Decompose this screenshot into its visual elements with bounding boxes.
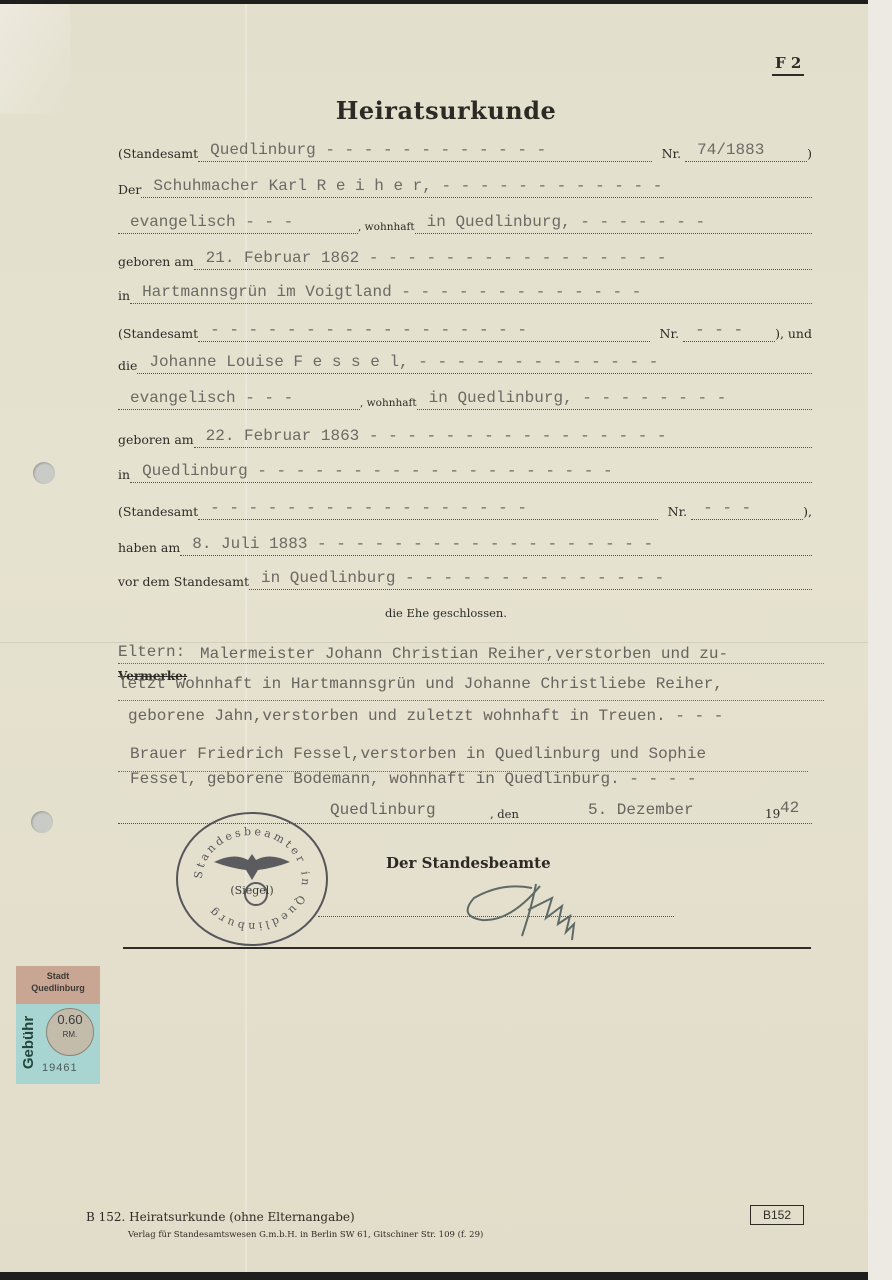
groom-residence-row: evangelisch - - - , wohnhaft in Quedlinb… bbox=[118, 210, 812, 234]
issue-date: 5. Dezember bbox=[588, 801, 694, 819]
footer-publisher: Verlag für Standesamtswesen G.m.b.H. in … bbox=[128, 1230, 483, 1240]
fee-revenue-stamp: Stadt Quedlinburg Gebühr 0.60 RM. 19461 bbox=[16, 966, 100, 1084]
stamp-issuer: Stadt Quedlinburg bbox=[16, 966, 100, 1004]
official-title: Der Standesbeamte bbox=[386, 854, 551, 872]
bride-birthdate-row: geboren am 22. Februar 1863 - - - - - - … bbox=[118, 424, 812, 448]
issue-den-label: , den bbox=[490, 807, 519, 821]
registry-nr-field: 74/1883 bbox=[685, 139, 807, 162]
registry-nr-label: Nr. bbox=[658, 504, 692, 520]
punch-hole-icon bbox=[31, 811, 53, 833]
stamp-issuer-line: Quedlinburg bbox=[16, 982, 100, 994]
stamp-currency: RM. bbox=[47, 1031, 93, 1039]
remarks-line: letzt wohnhaft in Hartmannsgrün und Joha… bbox=[118, 664, 824, 701]
registry-label: (Standesamt bbox=[118, 146, 198, 162]
registry-nr-label: Nr. bbox=[650, 326, 684, 342]
punch-hole-icon bbox=[33, 462, 55, 484]
registry-label: (Standesamt bbox=[118, 326, 198, 342]
stamp-fee-area: Gebühr 0.60 RM. 19461 bbox=[16, 1004, 100, 1084]
marriage-office-field: in Quedlinburg - - - - - - - - - - - - -… bbox=[249, 567, 812, 590]
stamp-issuer-line: Stadt bbox=[16, 970, 100, 982]
registry-close: ), und bbox=[775, 326, 812, 342]
bride-residence-field: in Quedlinburg, - - - - - - - - bbox=[417, 387, 812, 410]
place-label: in bbox=[118, 467, 130, 483]
stamp-serial: 19461 bbox=[42, 1062, 78, 1074]
stamp-amount: 0.60 bbox=[57, 1012, 82, 1027]
bride-birthplace-field: Quedlinburg - - - - - - - - - - - - - - … bbox=[130, 460, 812, 483]
footer-form-code: B152 bbox=[750, 1205, 804, 1225]
issue-year-suffix: 42 bbox=[780, 799, 799, 817]
groom-registry-field: - - - - - - - - - - - - - - - - - bbox=[198, 319, 649, 342]
remarks-text: letzt wohnhaft in Hartmannsgrün und Joha… bbox=[118, 675, 723, 693]
groom-religion-field: evangelisch - - - bbox=[118, 211, 358, 234]
remarks-line: Brauer Friedrich Fessel,verstorben in Qu… bbox=[118, 737, 808, 772]
born-label: geboren am bbox=[118, 254, 194, 270]
place-label: in bbox=[118, 288, 130, 304]
marriage-office-row: vor dem Standesamt in Quedlinburg - - - … bbox=[118, 566, 812, 590]
groom-name-field: Schuhmacher Karl R e i h e r, - - - - - … bbox=[141, 175, 812, 198]
issue-place: Quedlinburg bbox=[330, 801, 436, 819]
remarks-text: Fessel, geborene Bodemann, wohnhaft in Q… bbox=[130, 770, 697, 788]
groom-birthplace-field: Hartmannsgrün im Voigtland - - - - - - -… bbox=[130, 281, 812, 304]
groom-birthdate-row: geboren am 21. Februar 1862 - - - - - - … bbox=[118, 246, 812, 270]
marriage-office-label: vor dem Standesamt bbox=[118, 574, 249, 590]
scan-edge bbox=[868, 0, 892, 1280]
groom-registry-nr-field: - - - bbox=[683, 319, 775, 342]
groom-name-row: Der Schuhmacher Karl R e i h e r, - - - … bbox=[118, 174, 812, 198]
registry-close: ) bbox=[807, 146, 812, 162]
stamp-fee-word: Gebühr bbox=[20, 1016, 37, 1069]
registry-label: (Standesamt bbox=[118, 504, 198, 520]
residence-label: , wohnhaft bbox=[358, 221, 415, 234]
bride-registry-nr-field: - - - bbox=[691, 497, 803, 520]
bride-birthdate-field: 22. Februar 1863 - - - - - - - - - - - -… bbox=[194, 425, 812, 448]
stamp-coin-icon: 0.60 RM. bbox=[46, 1008, 94, 1056]
certificate-sheet: F 2 Heiratsurkunde (Standesamt Quedlinbu… bbox=[0, 4, 868, 1272]
marriage-date-label: haben am bbox=[118, 540, 180, 556]
eagle-emblem-icon: Standesbeamter in Quedlinburg bbox=[188, 824, 316, 934]
groom-birthdate-field: 21. Februar 1862 - - - - - - - - - - - -… bbox=[194, 247, 812, 270]
signature-icon bbox=[462, 876, 622, 956]
official-seal: Standesbeamter in Quedlinburg (Siegel) bbox=[176, 812, 328, 946]
bride-residence-row: evangelisch - - - , wohnhaft in Quedlinb… bbox=[118, 386, 812, 410]
born-label: geboren am bbox=[118, 432, 194, 448]
footer-form-title: B 152. Heiratsurkunde (ohne Elternangabe… bbox=[86, 1210, 355, 1224]
marriage-date-row: haben am 8. Juli 1883 - - - - - - - - - … bbox=[118, 532, 812, 556]
remarks-line: geborene Jahn,verstorben und zuletzt woh… bbox=[118, 701, 838, 737]
groom-registry-row: (Standesamt - - - - - - - - - - - - - - … bbox=[118, 318, 812, 342]
marriage-date-field: 8. Juli 1883 - - - - - - - - - - - - - -… bbox=[180, 533, 812, 556]
marriage-closing-phrase: die Ehe geschlossen. bbox=[0, 606, 868, 620]
registry-nr-label: Nr. bbox=[652, 146, 686, 162]
bride-religion-field: evangelisch - - - bbox=[118, 387, 360, 410]
remarks-text: geborene Jahn,verstorben und zuletzt woh… bbox=[128, 707, 723, 725]
remarks-section: Eltern: Vermerke: Malermeister Johann Ch… bbox=[118, 632, 838, 796]
registry-office-field: Quedlinburg - - - - - - - - - - - - bbox=[198, 139, 651, 162]
bride-registry-row: (Standesamt - - - - - - - - - - - - - - … bbox=[118, 496, 812, 520]
remarks-line: Eltern: Vermerke: Malermeister Johann Ch… bbox=[118, 632, 824, 664]
bride-registry-field: - - - - - - - - - - - - - - - - - bbox=[198, 497, 658, 520]
groom-label: Der bbox=[118, 182, 141, 198]
remarks-text: Brauer Friedrich Fessel,verstorben in Qu… bbox=[118, 745, 706, 763]
document-title: Heiratsurkunde bbox=[0, 96, 868, 125]
seal-label: (Siegel) bbox=[178, 884, 326, 897]
bride-birthplace-row: in Quedlinburg - - - - - - - - - - - - -… bbox=[118, 459, 812, 483]
issue-year-prefix: 19 bbox=[765, 807, 780, 821]
registry-row: (Standesamt Quedlinburg - - - - - - - - … bbox=[118, 138, 812, 162]
remarks-line: Fessel, geborene Bodemann, wohnhaft in Q… bbox=[118, 772, 838, 796]
bride-label: die bbox=[118, 358, 137, 374]
form-code: F 2 bbox=[772, 54, 804, 76]
groom-birthplace-row: in Hartmannsgrün im Voigtland - - - - - … bbox=[118, 280, 812, 304]
bride-name-field: Johanne Louise F e s s e l, - - - - - - … bbox=[137, 351, 812, 374]
residence-label: , wohnhaft bbox=[360, 397, 417, 410]
section-divider bbox=[123, 947, 811, 949]
registry-close: ), bbox=[803, 504, 812, 520]
groom-residence-field: in Quedlinburg, - - - - - - - bbox=[415, 211, 812, 234]
bride-name-row: die Johanne Louise F e s s e l, - - - - … bbox=[118, 350, 812, 374]
